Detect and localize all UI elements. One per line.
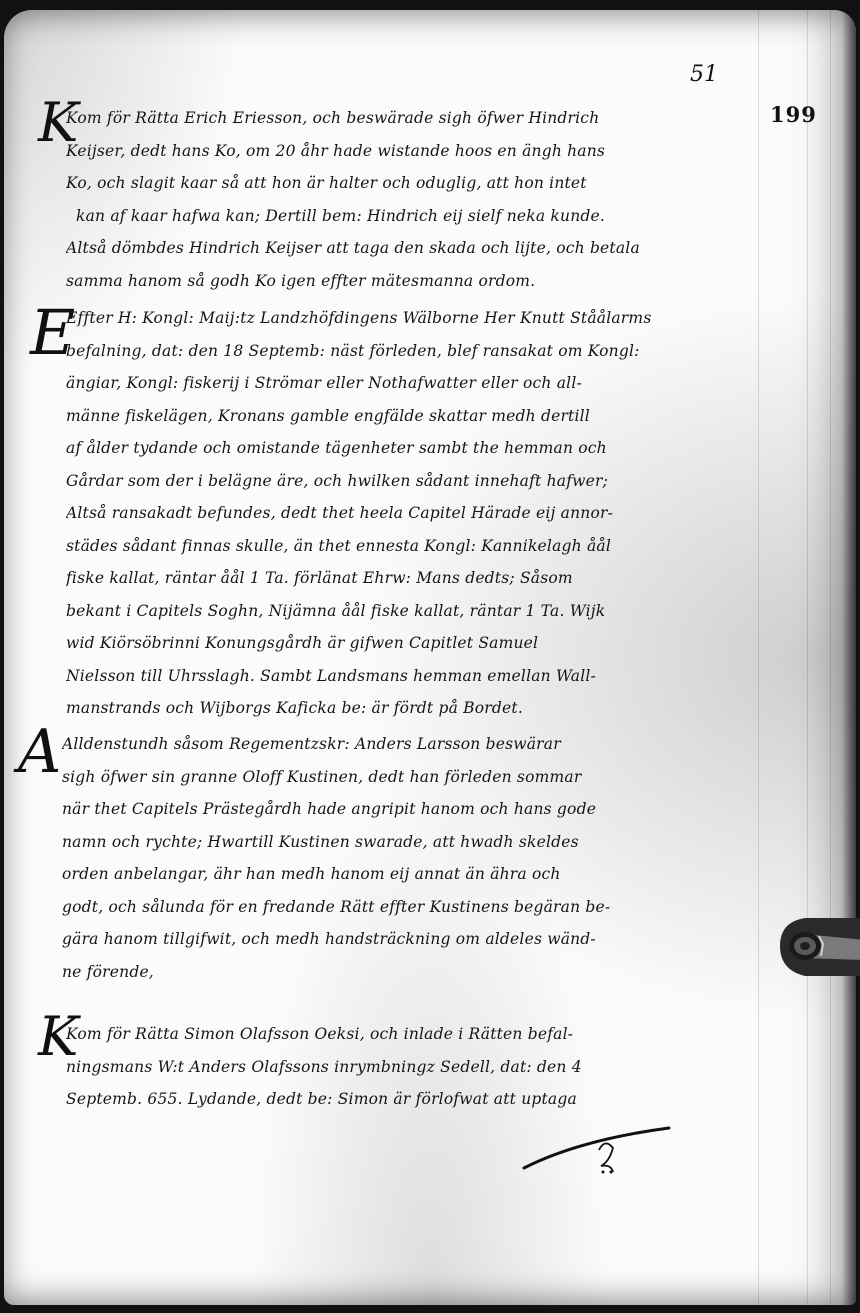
text-line: orden anbelangar, ähr han medh hanom eij…	[62, 858, 716, 891]
text-line: ne förende,	[62, 956, 716, 989]
text-line: kan af kaar hafwa kan; Dertill bem: Hind…	[66, 200, 716, 233]
paragraph-4: Kom för Rätta Simon Olafsson Oeksi, och …	[66, 1018, 716, 1116]
paragraph-1: Kom för Rätta Erich Eriesson, och beswär…	[66, 102, 716, 297]
text-line: af ålder tydande och omistande tägenhete…	[66, 432, 716, 465]
text-line: Alldenstundh såsom Regementzskr: Anders …	[62, 728, 716, 761]
stamped-page-number: 199	[770, 102, 817, 127]
manuscript-scan: 51 199 K Kom för Rätta Erich Eriesson, o…	[0, 0, 860, 1313]
text-line: manstrands och Wijborgs Kaficka be: är f…	[66, 692, 716, 725]
manuscript-page: 51 199 K Kom för Rätta Erich Eriesson, o…	[4, 10, 856, 1305]
text-line: Kom för Rätta Erich Eriesson, och beswär…	[66, 102, 716, 135]
text-line: ängiar, Kongl: fiskerij i Strömar eller …	[66, 367, 716, 400]
text-line: Keijser, dedt hans Ko, om 20 åhr hade wi…	[66, 135, 716, 168]
text-line: gära hanom tillgifwit, och medh handsträ…	[62, 923, 716, 956]
text-line: Ko, och slagit kaar så att hon är halter…	[66, 167, 716, 200]
text-line: befalning, dat: den 18 Septemb: näst för…	[66, 335, 716, 368]
margin-rule	[807, 10, 808, 1305]
text-line: Altså ransakadt befundes, dedt thet heel…	[66, 497, 716, 530]
margin-rule	[830, 10, 831, 1305]
text-line: när thet Capitels Prästegårdh hade angri…	[62, 793, 716, 826]
pen-flourish-icon	[519, 1120, 679, 1180]
text-line: männe fiskelägen, Kronans gamble engfäld…	[66, 400, 716, 433]
text-line: ningsmans W:t Anders Olafssons inrymbnin…	[66, 1051, 716, 1084]
text-line: fiske kallat, räntar åål 1 Ta. förlänat …	[66, 562, 716, 595]
page-edge-shadow	[842, 10, 856, 1305]
text-line: wid Kiörsöbrinni Konungsgårdh är gifwen …	[66, 627, 716, 660]
text-line: bekant i Capitels Soghn, Nijämna åål fis…	[66, 595, 716, 628]
text-line: Altså dömbdes Hindrich Keijser att taga …	[66, 232, 716, 265]
text-line: namn och rychte; Hwartill Kustinen swara…	[62, 826, 716, 859]
paragraph-2: Effter H: Kongl: Maij:tz Landzhöfdingens…	[66, 302, 716, 725]
ornate-initial: A	[18, 722, 61, 782]
text-line: Nielsson till Uhrsslagh. Sambt Landsmans…	[66, 660, 716, 693]
binding-clasp-icon	[775, 914, 860, 980]
text-line: Gårdar som der i belägne äre, och hwilke…	[66, 465, 716, 498]
paragraph-3: Alldenstundh såsom Regementzskr: Anders …	[62, 728, 716, 988]
text-line: städes sådant finnas skulle, än thet enn…	[66, 530, 716, 563]
margin-rule	[758, 10, 759, 1305]
folio-number: 51	[690, 62, 718, 87]
text-line: sigh öfwer sin granne Oloff Kustinen, de…	[62, 761, 716, 794]
text-line: Kom för Rätta Simon Olafsson Oeksi, och …	[66, 1018, 716, 1051]
text-line: Septemb. 655. Lydande, dedt be: Simon är…	[66, 1083, 716, 1116]
text-line: godt, och sålunda för en fredande Rätt e…	[62, 891, 716, 924]
text-line: Effter H: Kongl: Maij:tz Landzhöfdingens…	[66, 302, 716, 335]
text-line: samma hanom så godh Ko igen effter mätes…	[66, 265, 716, 298]
